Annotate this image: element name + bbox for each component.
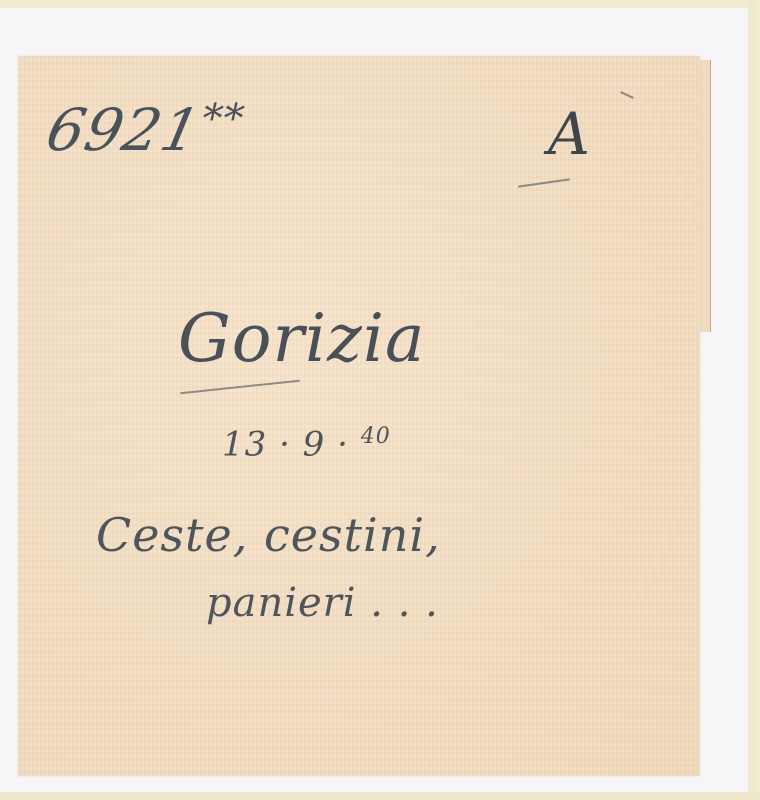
date-day-month: 13 · 9 · bbox=[222, 424, 349, 464]
corner-letter: A bbox=[548, 100, 591, 168]
catalog-number: 6921** bbox=[41, 96, 249, 164]
mount-edge-strip bbox=[748, 0, 760, 800]
date: 13 · 9 · 40 bbox=[222, 424, 391, 464]
place-name: Gorizia bbox=[178, 300, 425, 377]
note-line-2: panieri . . . bbox=[206, 580, 439, 626]
catalog-number-value: 6921 bbox=[41, 96, 207, 164]
date-year: 40 bbox=[361, 424, 391, 449]
handwritten-note-paper bbox=[18, 56, 700, 776]
bottom-edge-strip bbox=[0, 792, 760, 800]
note-line-1: Ceste, cestini, bbox=[96, 508, 441, 562]
scan-stage: 6921** A Gorizia 13 · 9 · 40 Ceste, cest… bbox=[0, 0, 760, 800]
